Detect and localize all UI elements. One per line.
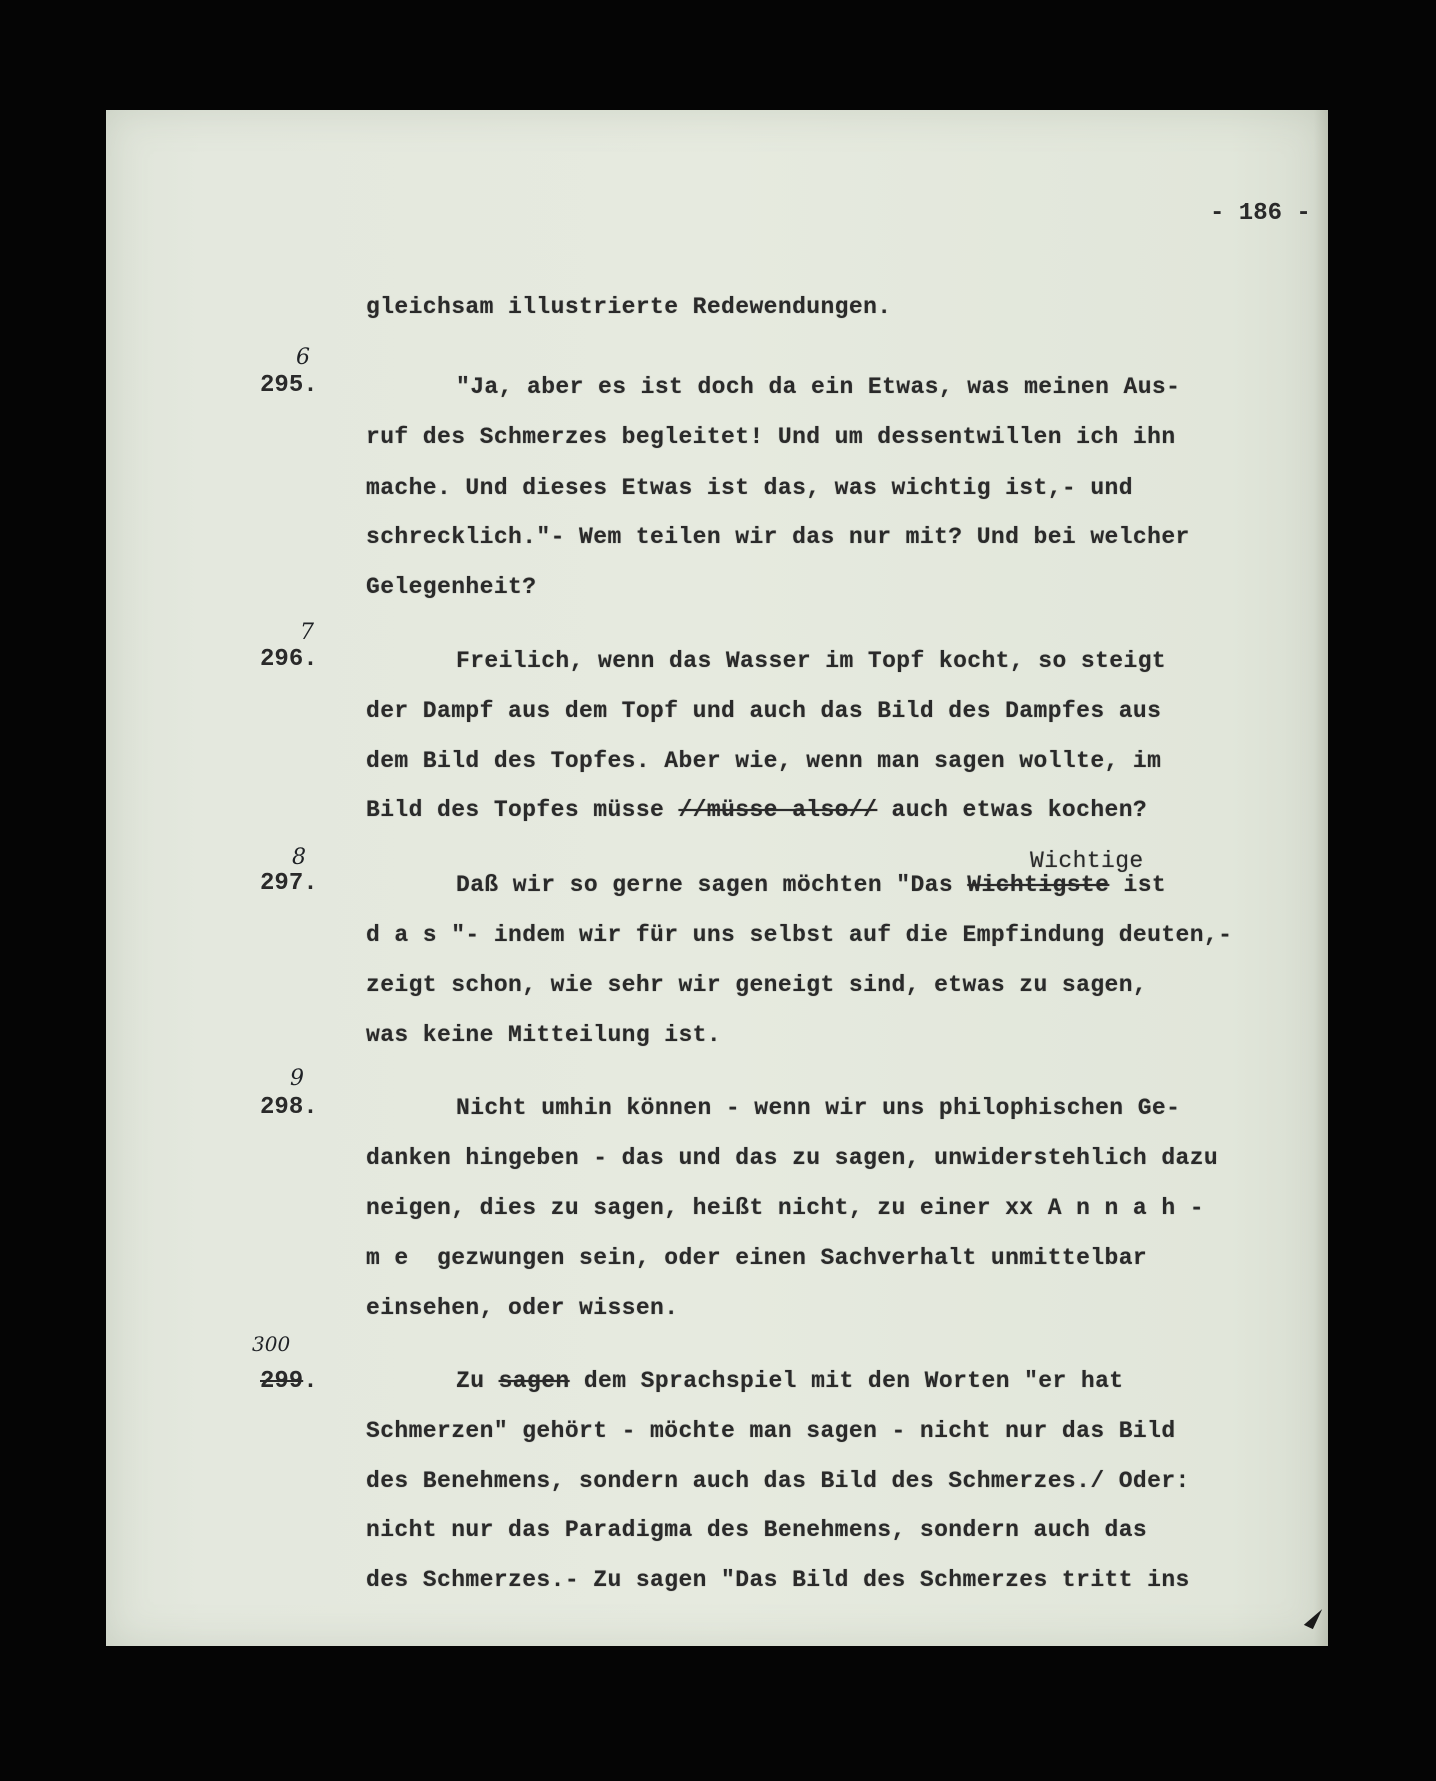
text-line: was keine Mitteilung ist.	[366, 1024, 721, 1047]
section-number: 296.	[260, 646, 318, 673]
text-line: Nicht umhin können - wenn wir uns philop…	[456, 1097, 1180, 1120]
text-line: Gelegenheit?	[366, 576, 536, 599]
text-line: Daß wir so gerne sagen möchten "Das Wich…	[456, 874, 1166, 897]
text-line: der Dampf aus dem Topf und auch das Bild…	[366, 700, 1161, 723]
handwritten-correction: 300	[252, 1332, 290, 1356]
text-line: Schmerzen" gehört - möchte man sagen - n…	[366, 1420, 1176, 1443]
section-number: 298.	[260, 1094, 318, 1121]
text-line: des Benehmens, sondern auch das Bild des…	[366, 1470, 1190, 1493]
text-line: ruf des Schmerzes begleitet! Und um dess…	[366, 426, 1176, 449]
text-line: einsehen, oder wissen.	[366, 1297, 678, 1320]
handwritten-correction: 6	[296, 345, 310, 370]
struck-text: sagen	[499, 1368, 570, 1394]
text-line: zeigt schon, wie sehr wir geneigt sind, …	[366, 974, 1147, 997]
handwritten-correction: 8	[292, 845, 306, 870]
text-line: Zu sagen dem Sprachspiel mit den Worten …	[456, 1370, 1124, 1393]
text-line: schrecklich."- Wem teilen wir das nur mi…	[366, 526, 1190, 549]
text-line: Bild des Topfes müsse //müsse also// auc…	[366, 799, 1147, 822]
page-number: - 186 -	[1210, 200, 1311, 227]
section-number: 297.	[260, 870, 318, 897]
text-line: des Schmerzes.- Zu sagen "Das Bild des S…	[366, 1569, 1190, 1592]
struck-text: //müsse also//	[678, 797, 877, 823]
text-line: danken hingeben - das und das zu sagen, …	[366, 1147, 1218, 1170]
text-line: "Ja, aber es ist doch da ein Etwas, was …	[456, 376, 1180, 399]
handwritten-correction: 7	[300, 620, 314, 645]
text-line: mache. Und dieses Etwas ist das, was wic…	[366, 477, 1133, 500]
text-line: Freilich, wenn das Wasser im Topf kocht,…	[456, 650, 1166, 673]
continuation-line: gleichsam illustrierte Redewendungen.	[366, 296, 891, 319]
text-line: neigen, dies zu sagen, heißt nicht, zu e…	[366, 1197, 1204, 1220]
section-number: 299.	[260, 1368, 318, 1395]
text-line: d a s "- indem wir für uns selbst auf di…	[366, 924, 1232, 947]
insertion-above: Wichtige	[1030, 850, 1144, 873]
text-line: nicht nur das Paradigma des Benehmens, s…	[366, 1519, 1147, 1542]
text-line: dem Bild des Topfes. Aber wie, wenn man …	[366, 750, 1161, 773]
struck-text: Wichtigste	[967, 872, 1109, 898]
handwritten-correction: 9	[290, 1066, 304, 1091]
text-line: m e gezwungen sein, oder einen Sachverha…	[366, 1247, 1147, 1270]
section-number: 295.	[260, 372, 318, 399]
